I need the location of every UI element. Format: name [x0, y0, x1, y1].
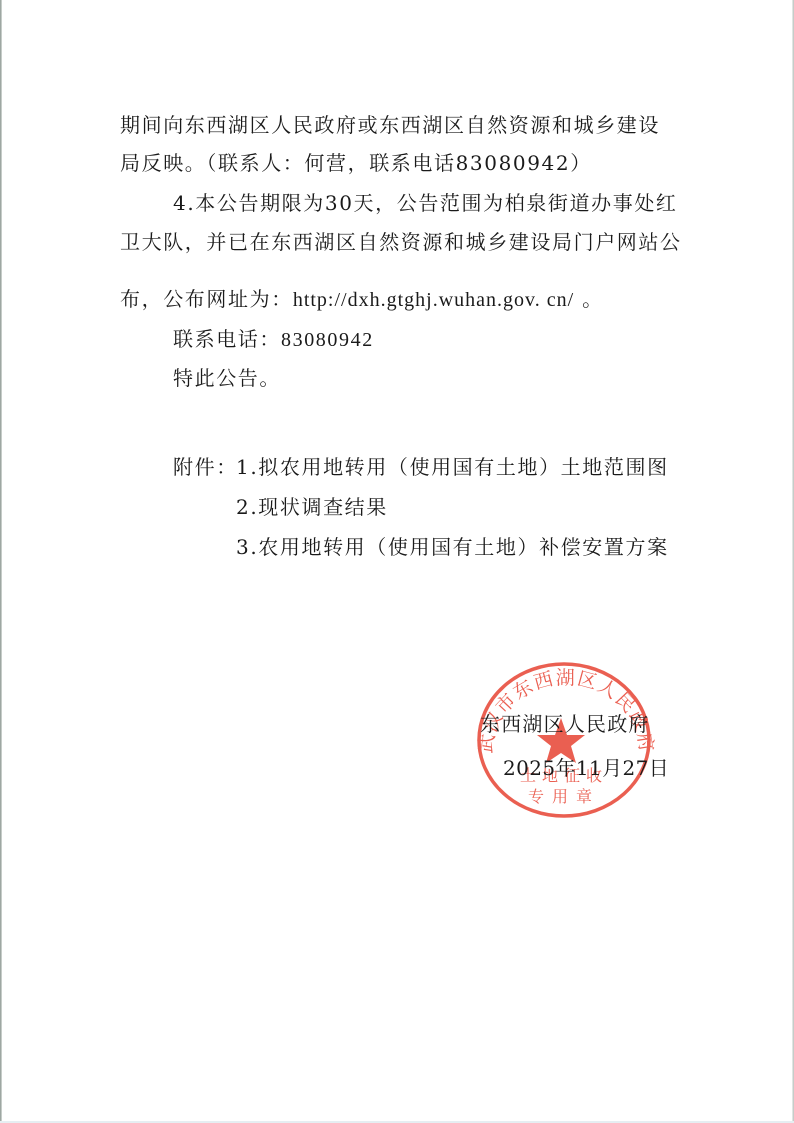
attachment-item-2: 2.现状调查结果: [236, 496, 388, 518]
url-prefix: 布，公布网址为：: [120, 287, 293, 311]
closing-line: 特此公告。: [173, 367, 281, 389]
paragraph-line: 卫大队，并已在东西湖区自然资源和城乡建设局门户网站公: [120, 231, 682, 253]
attachment-item-3: 3.农用地转用（使用国有土地）补偿安置方案: [236, 536, 669, 558]
scan-edge-left: [0, 0, 2, 1123]
attachments-label: 附件：: [173, 456, 238, 478]
contact-label: 联系电话：: [173, 327, 281, 351]
contact-line: 联系电话：83080942: [173, 328, 374, 351]
paragraph-line: 局反映。（联系人：何营，联系电话83080942）: [120, 152, 592, 174]
seal-bottom-text: 专用章: [528, 787, 600, 806]
official-seal-icon: 武汉市东西湖区人民政府 土地征收 专用章: [470, 656, 660, 826]
issue-date: 2025年11月27日: [503, 757, 669, 779]
attachment-item-1: 1.拟农用地转用（使用国有土地）土地范围图: [236, 456, 669, 478]
paragraph-line: 期间向东西湖区人民政府或东西湖区自然资源和城乡建设: [120, 114, 660, 136]
issuer-signature: 东西湖区人民政府: [480, 713, 650, 735]
url-suffix: 。: [574, 287, 604, 311]
portal-url-link[interactable]: http://dxh.gtghj.wuhan.gov. cn/: [293, 289, 574, 311]
paragraph-line-url: 布，公布网址为：http://dxh.gtghj.wuhan.gov. cn/ …: [120, 288, 604, 311]
contact-phone: 83080942: [281, 329, 374, 351]
paragraph-line: 4.本公告期限为30天，公告范围为柏泉街道办事处红: [173, 192, 678, 214]
